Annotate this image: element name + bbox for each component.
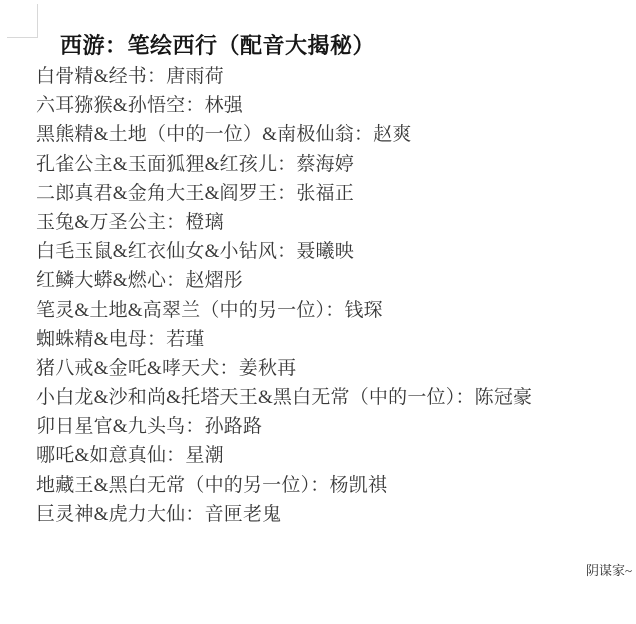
cast-line: 孔雀公主&玉面狐狸&红孩儿：蔡海婷 [36, 150, 532, 179]
signature-text: 阴谋家~ [586, 562, 632, 580]
page-margin-corner-mark-horizontal [7, 37, 38, 38]
cast-line: 卯日星官&九头鸟：孙路路 [36, 412, 532, 441]
cast-line: 黑熊精&土地（中的一位）&南极仙翁：赵爽 [36, 120, 532, 149]
cast-line: 二郎真君&金角大王&阎罗王：张福正 [36, 179, 532, 208]
document-title: 西游：笔绘西行（配音大揭秘） [60, 34, 375, 58]
page-margin-corner-mark-vertical [37, 4, 38, 38]
cast-line: 猪八戒&金吒&哮天犬：姜秋再 [36, 354, 532, 383]
cast-line: 巨灵神&虎力大仙：音匣老鬼 [36, 500, 532, 529]
cast-line: 蜘蛛精&电母：若瑾 [36, 325, 532, 354]
cast-line: 小白龙&沙和尚&托塔天王&黑白无常（中的一位）：陈冠豪 [36, 383, 532, 412]
cast-line: 红鳞大蟒&燃心：赵熠彤 [36, 266, 532, 295]
cast-line: 玉兔&万圣公主：橙璃 [36, 208, 532, 237]
cast-list: 白骨精&经书：唐雨荷 六耳猕猴&孙悟空：林强 黑熊精&土地（中的一位）&南极仙翁… [36, 62, 532, 529]
cast-line: 地藏王&黑白无常（中的另一位）：杨凯祺 [36, 471, 532, 500]
cast-line: 白骨精&经书：唐雨荷 [36, 62, 532, 91]
cast-line: 六耳猕猴&孙悟空：林强 [36, 91, 532, 120]
document-page: 西游：笔绘西行（配音大揭秘） 白骨精&经书：唐雨荷 六耳猕猴&孙悟空：林强 黑熊… [0, 0, 636, 624]
cast-line: 笔灵&土地&高翠兰（中的另一位）：钱琛 [36, 296, 532, 325]
cast-line: 白毛玉鼠&红衣仙女&小钻风：聂曦映 [36, 237, 532, 266]
cast-line: 哪吒&如意真仙：星潮 [36, 441, 532, 470]
